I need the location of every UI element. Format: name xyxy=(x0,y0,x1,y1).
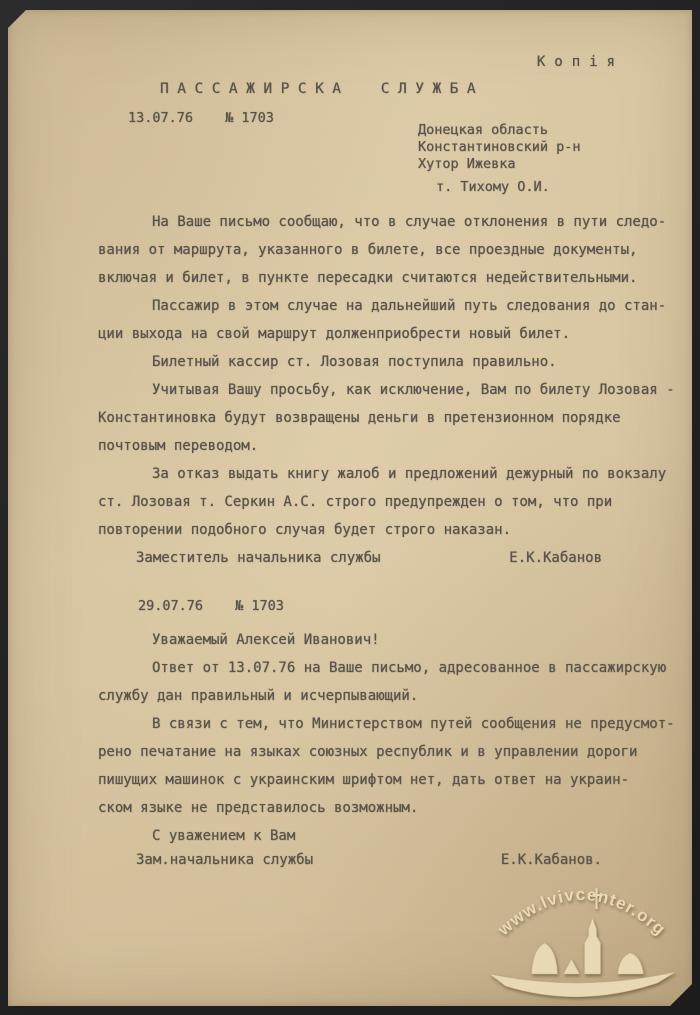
reference-line-2: 29.07.76 № 1703 xyxy=(138,598,284,614)
watermark-url-text: www.lvivcenter.org xyxy=(493,885,669,940)
address-line-district: Константиновский р-н xyxy=(418,139,581,156)
letter2-number: № 1703 xyxy=(235,598,284,614)
lvivcenter-watermark: www.lvivcenter.org xyxy=(476,862,688,1012)
typed-line: Константиновка будут возвращены деньги в… xyxy=(98,404,663,432)
typed-line: На Ваше письмо сообщаю, что в случае отк… xyxy=(98,208,663,236)
typed-line: Билетный кассир ст. Лозовая поступила пр… xyxy=(98,348,663,376)
letter1-signature: Заместитель начальника службы Е.К.Кабано… xyxy=(136,550,602,566)
typed-line: ции выхода на свой маршрут долженприобре… xyxy=(98,320,663,348)
typed-line: пишущих машинок с украинским шрифтом нет… xyxy=(98,766,663,794)
recipient-address: Донецкая область Константиновский р-н Ху… xyxy=(418,122,581,196)
address-line-attention: т. Тихому О.И. xyxy=(418,179,581,196)
letter2-body: Уважаемый Алексей Иванович! Ответ от 13.… xyxy=(98,626,663,850)
typed-line: Ответ от 13.07.76 на Ваше письмо, адресо… xyxy=(98,654,663,682)
typed-line: Учитывая Вашу просьбу, как исключение, В… xyxy=(98,376,663,404)
letter1-number: № 1703 xyxy=(225,110,274,126)
letter1-date: 13.07.76 xyxy=(128,110,193,126)
typed-line: В связи с тем, что Министерством путей с… xyxy=(98,710,663,738)
typed-line: Пассажир в этом случае на дальнейший пут… xyxy=(98,292,663,320)
typed-line: ст. Лозовая т. Серкин А.С. строго предуп… xyxy=(98,488,663,516)
reference-line-1: 13.07.76 № 1703 xyxy=(128,110,274,126)
signature-role: Зам.начальника службы xyxy=(136,852,313,868)
letter1-body: На Ваше письмо сообщаю, что в случае отк… xyxy=(98,208,663,544)
typed-line: службу дан правильный и исчерпывающий. xyxy=(98,682,663,710)
letter2-date: 29.07.76 xyxy=(138,598,203,614)
typed-line: вания от маршрута, указанного в билете, … xyxy=(98,236,663,264)
skyline-book-icon xyxy=(490,888,676,997)
typed-line: С уважением к Вам xyxy=(98,822,663,850)
typed-line: Уважаемый Алексей Иванович! xyxy=(98,626,663,654)
typed-line: повторении подобного случая будет строго… xyxy=(98,516,663,544)
typed-line: включая и билет, в пункте пересадки счит… xyxy=(98,264,663,292)
typed-line: почтовым переводом. xyxy=(98,432,663,460)
address-line-settlement: Хутор Ижевка xyxy=(418,156,581,173)
typed-line: За отказ выдать книгу жалоб и предложени… xyxy=(98,460,663,488)
scan-background: Копія ПАССАЖИРСКА СЛУЖБА 13.07.76 № 1703… xyxy=(0,0,700,1015)
typed-line: рено печатание на языках союзных республ… xyxy=(98,738,663,766)
signature-role: Заместитель начальника службы xyxy=(136,550,380,566)
typed-line: ском языке не представилось возможным. xyxy=(98,794,663,822)
address-line-region: Донецкая область xyxy=(418,122,581,139)
signature-name: Е.К.Кабанов xyxy=(509,550,602,566)
letterhead-title: ПАССАЖИРСКА СЛУЖБА xyxy=(160,81,484,97)
document-page: Копія ПАССАЖИРСКА СЛУЖБА 13.07.76 № 1703… xyxy=(8,10,692,1006)
copy-stamp: Копія xyxy=(537,54,624,70)
